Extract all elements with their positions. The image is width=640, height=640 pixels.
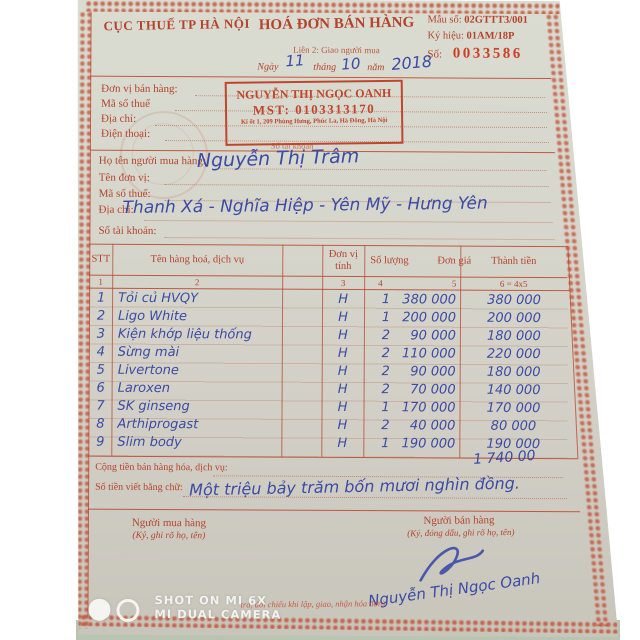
row-stt: 4: [91, 345, 111, 360]
amount-in-words-label: Số tiền viết bằng chữ:: [95, 482, 183, 493]
row-amount: 200 000: [464, 311, 564, 327]
invoice-paper: CỤC THUẾ TP HÀ NỘI HOÁ ĐƠN BÁN HÀNG Liên…: [72, 0, 623, 637]
dotted-rule: [145, 220, 553, 223]
ornament-border-top: [86, 1, 560, 14]
row-amount: 220 000: [464, 347, 564, 363]
seller-address-label: Địa chỉ:: [101, 113, 136, 125]
buyer-signature-note: (Ký, ghi rõ họ, tên): [104, 531, 234, 542]
row-price: 380 000: [368, 292, 456, 307]
row-stt: 1: [91, 291, 111, 306]
handwritten-day: 11: [285, 51, 305, 70]
row-price: 70 000: [368, 382, 456, 397]
seller-signature-title: Người bán hàng: [389, 514, 529, 528]
row-name: Ligo White: [118, 309, 187, 324]
row-amount: 180 000: [464, 365, 564, 381]
watermark-line2: MI DUAL CAMERA: [154, 607, 281, 622]
watermark-line1: SHOT ON MI 6X: [154, 593, 267, 608]
form-number-value: 02GTTT3/001: [464, 15, 528, 26]
invoice-title: HOÁ ĐƠN BÁN HÀNG: [253, 14, 419, 34]
row-unit: H: [324, 328, 362, 343]
row-stt: 8: [90, 417, 110, 432]
handwritten-total: 1 740 00: [473, 448, 536, 468]
table-top-border: [89, 244, 567, 248]
col-number-6: 6 = 4x5: [460, 279, 567, 290]
row-price: 90 000: [368, 328, 456, 343]
row-name: Sừng mài: [118, 345, 179, 360]
col-number-2: 2: [112, 277, 282, 288]
buyer-signature-title: Người mua hàng: [104, 517, 234, 530]
row-name: Livertone: [118, 363, 179, 378]
row-unit: H: [324, 346, 362, 361]
watermark-outline-circle-icon: [116, 599, 139, 622]
col-number-1: 1: [89, 277, 112, 287]
seller-phone-label: Điện thoại:: [101, 128, 150, 140]
row-amount: 170 000: [463, 401, 563, 417]
row-stt: 6: [91, 381, 111, 396]
row-name: Kiện khớp liệu thống: [118, 327, 252, 343]
date-word-year: năm: [367, 62, 384, 73]
date-word-day: Ngày: [257, 62, 278, 73]
row-name: Laroxen: [118, 381, 171, 396]
row-price: 110 000: [368, 346, 456, 361]
row-stt: 7: [90, 399, 110, 414]
row-name: SK ginseng: [117, 399, 189, 414]
total-label: Cộng tiền bán hàng hóa, dịch vụ:: [95, 462, 228, 474]
col-number-3: 3: [322, 278, 364, 289]
row-unit: H: [323, 418, 361, 433]
seller-stamp: NGUYỄN THỊ NGỌC OANH MST: 0103313170 Kí …: [225, 80, 404, 146]
row-price: 190 000: [367, 436, 455, 451]
col-header-stt: STT: [89, 254, 112, 266]
col-header-amount: Thành tiền: [460, 256, 567, 269]
row-stt: 2: [91, 309, 111, 324]
seller-signature-note: (Ký, đóng dấu, ghi rõ họ, tên): [381, 527, 541, 539]
row-amount: 380 000: [464, 293, 564, 309]
buyer-account-label: Số tài khoản:: [98, 225, 156, 237]
serial-value: 01AM/18P: [467, 31, 515, 42]
section-divider-1: [90, 76, 551, 79]
row-unit: H: [324, 382, 362, 397]
row-price: 90 000: [368, 364, 456, 379]
seller-tax-label: Mã số thuế: [101, 98, 150, 110]
dotted-rule: [165, 184, 549, 187]
tax-office-title: CỤC THUẾ TP HÀ NỘI: [103, 16, 250, 35]
row-price: 40 000: [367, 418, 455, 433]
row-amount: 140 000: [464, 383, 564, 399]
serial-label: Ký hiệu:: [427, 30, 464, 41]
handwritten-month: 10: [341, 54, 361, 73]
col-header-name: Tên hàng hoá, dịch vụ: [112, 254, 282, 267]
photo-of-invoice: CỤC THUẾ TP HÀ NỘI HOÁ ĐƠN BÁN HÀNG Liên…: [0, 0, 640, 640]
buyer-name-label: Họ tên người mua hàng:: [99, 155, 206, 168]
row-name: Tỏi củ HVQY: [118, 291, 198, 306]
invoice-number-value: 0033586: [453, 46, 523, 62]
form-number-label: Mẫu số:: [428, 14, 462, 25]
row-name: Arthiprogast: [117, 417, 198, 432]
date-word-month: tháng: [313, 62, 336, 73]
stamp-seller-address: Kí ốt 1, 209 Phùng Hưng, Phúc La, Hà Đôn…: [227, 117, 401, 126]
row-stt: 5: [91, 363, 111, 378]
seller-unit-label: Đơn vị bán hàng:: [101, 83, 177, 95]
row-price: 200 000: [368, 310, 456, 325]
row-name: Slim body: [117, 435, 182, 450]
section-divider-3: [88, 509, 580, 513]
buyer-unit-label: Tên đơn vị:: [99, 172, 150, 184]
watermark-filled-circle-icon: [88, 599, 110, 621]
row-unit: H: [323, 400, 361, 415]
row-stt: 9: [90, 435, 110, 450]
row-amount: 180 000: [464, 329, 564, 345]
row-unit: H: [324, 364, 362, 379]
row-amount: 80 000: [463, 419, 563, 435]
row-price: 170 000: [367, 400, 455, 415]
row-stt: 3: [91, 327, 111, 342]
row-unit: H: [324, 310, 362, 325]
row-unit: H: [324, 292, 362, 307]
col-header-unit: Đơn vị tính: [322, 249, 364, 273]
invoice-number-label: Số:: [427, 48, 442, 60]
dotted-rule: [164, 237, 554, 240]
row-unit: H: [323, 436, 361, 451]
handwritten-buyer-address: Thanh Xá - Nghĩa Hiệp - Yên Mỹ - Hưng Yê…: [122, 194, 487, 218]
